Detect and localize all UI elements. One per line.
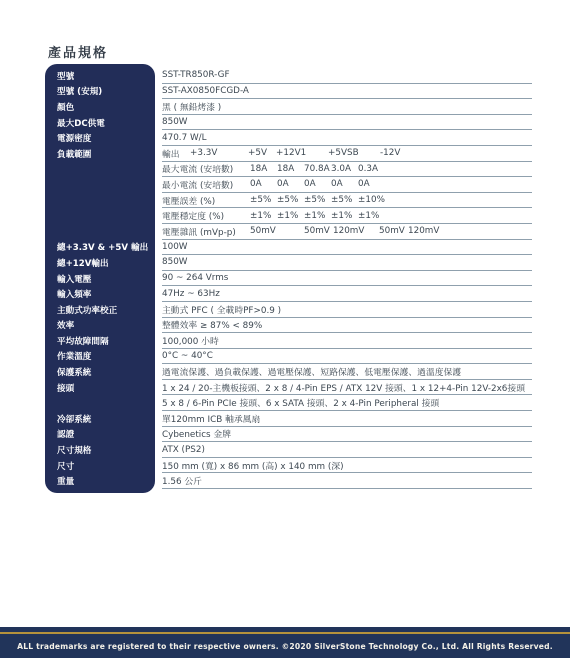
spec-value: 單120mm ICB 軸承風扇 xyxy=(162,411,532,427)
spec-value: SST-TR850R-GF xyxy=(162,68,532,84)
spec-value: 470.7 W/L xyxy=(162,130,532,146)
spec-row: 5 x 8 / 6-Pin PCIe 接頭、6 x SATA 接頭、2 x 4-… xyxy=(0,395,570,411)
load-range-cell: 18A xyxy=(277,164,304,174)
load-range-cell: ±5% xyxy=(304,195,331,205)
spec-row: 平均故障間隔100,000 小時 xyxy=(0,333,570,349)
spec-row: 總+3.3V & +5V 輸出100W xyxy=(0,240,570,256)
spec-table: 型號SST-TR850R-GF型號 (安規)SST-AX0850FCGD-A顏色… xyxy=(0,68,570,489)
spec-row: 負載範圍輸出+3.3V+5V+12V1+5VSB-12V xyxy=(0,146,570,162)
spec-value: 最小電流 (安培數)0A0A0A0A0A xyxy=(162,177,532,193)
load-range-cell: 50mV xyxy=(379,226,408,236)
spec-row: 尺寸150 mm (寬) x 86 mm (高) x 140 mm (深) xyxy=(0,458,570,474)
load-range-cell: +5VSB xyxy=(328,148,380,158)
spec-label: 輸入電壓 xyxy=(0,273,155,285)
spec-row: 重量1.56 公斤 xyxy=(0,473,570,489)
load-range-cell: ±1% xyxy=(304,211,331,221)
spec-value: 主動式 PFC ( 全載時PF>0.9 ) xyxy=(162,302,532,318)
load-range-cell: 70.8A xyxy=(304,164,331,174)
spec-label: 接頭 xyxy=(0,382,155,394)
load-range-cell: +12V1 xyxy=(276,148,328,158)
load-range-cell: ±5% xyxy=(277,195,304,205)
spec-value: ATX (PS2) xyxy=(162,442,532,458)
spec-row: 作業溫度0°C ~ 40°C xyxy=(0,349,570,365)
load-range-cell: ±1% xyxy=(250,211,277,221)
load-range-cell: 3.0A xyxy=(331,164,358,174)
spec-label: 總+12V輸出 xyxy=(0,257,155,269)
spec-value: 150 mm (寬) x 86 mm (高) x 140 mm (深) xyxy=(162,458,532,474)
spec-label: 最大DC供電 xyxy=(0,117,155,129)
load-range-cell: +5V xyxy=(248,148,276,158)
spec-label: 保護系統 xyxy=(0,366,155,378)
load-range-cell: ±1% xyxy=(358,211,379,221)
spec-value: 47Hz ~ 63Hz xyxy=(162,286,532,302)
load-range-cell: ±1% xyxy=(331,211,358,221)
spec-label: 型號 (安規) xyxy=(0,85,155,97)
load-range-cell: ±5% xyxy=(331,195,358,205)
spec-row: 總+12V輸出850W xyxy=(0,255,570,271)
spec-row: 最小電流 (安培數)0A0A0A0A0A xyxy=(0,177,570,193)
spec-row: 輸入頻率47Hz ~ 63Hz xyxy=(0,286,570,302)
spec-label: 主動式功率校正 xyxy=(0,304,155,316)
footer-copyright-text: ALL trademarks are registered to their r… xyxy=(17,642,553,651)
load-range-cell: 0A xyxy=(250,179,277,189)
spec-value: 100,000 小時 xyxy=(162,333,532,349)
spec-value: 最大電流 (安培數)18A18A70.8A3.0A0.3A xyxy=(162,162,532,178)
spec-value: 850W xyxy=(162,115,532,131)
spec-row: 接頭1 x 24 / 20-主機板接頭、2 x 8 / 4-Pin EPS / … xyxy=(0,380,570,396)
load-range-cell: 最大電流 (安培數) xyxy=(162,162,250,175)
spec-label: 型號 xyxy=(0,70,155,82)
load-range-cell: ±1% xyxy=(277,211,304,221)
spec-label: 輸入頻率 xyxy=(0,288,155,300)
load-range-cell: +3.3V xyxy=(190,148,248,158)
spec-label: 冷卻系統 xyxy=(0,413,155,425)
spec-label: 平均故障間隔 xyxy=(0,335,155,347)
spec-row: 型號SST-TR850R-GF xyxy=(0,68,570,84)
spec-label: 效率 xyxy=(0,319,155,331)
spec-row: 電壓誤差 (%)±5%±5%±5%±5%±10% xyxy=(0,193,570,209)
load-range-cell: 電壓誤差 (%) xyxy=(162,194,250,207)
load-range-cell: -12V xyxy=(380,148,400,158)
spec-label: 認證 xyxy=(0,428,155,440)
spec-value: 100W xyxy=(162,240,532,256)
spec-value: 90 ~ 264 Vrms xyxy=(162,271,532,287)
spec-label: 尺寸規格 xyxy=(0,444,155,456)
load-range-cell: 120mV xyxy=(408,226,439,236)
spec-row: 顏色黑 ( 無鉛烤漆 ) xyxy=(0,99,570,115)
spec-value: 電壓誤差 (%)±5%±5%±5%±5%±10% xyxy=(162,193,532,209)
spec-value: SST-AX0850FCGD-A xyxy=(162,84,532,100)
spec-page: 產品規格 型號SST-TR850R-GF型號 (安規)SST-AX0850FCG… xyxy=(0,0,570,658)
spec-value: 5 x 8 / 6-Pin PCIe 接頭、6 x SATA 接頭、2 x 4-… xyxy=(162,395,532,411)
load-range-cell: 120mV xyxy=(333,226,379,236)
spec-value: 輸出+3.3V+5V+12V1+5VSB-12V xyxy=(162,146,532,162)
spec-value: 過電流保護、過負載保護、過電壓保護、短路保護、低電壓保護、過溫度保護 xyxy=(162,364,532,380)
spec-row: 冷卻系統單120mm ICB 軸承風扇 xyxy=(0,411,570,427)
spec-row: 型號 (安規)SST-AX0850FCGD-A xyxy=(0,84,570,100)
load-range-cell: 輸出 xyxy=(162,147,190,160)
spec-label: 尺寸 xyxy=(0,460,155,472)
spec-row: 最大電流 (安培數)18A18A70.8A3.0A0.3A xyxy=(0,162,570,178)
spec-label: 作業溫度 xyxy=(0,350,155,362)
load-range-cell: 電壓雜訊 (mVp-p) xyxy=(162,225,250,238)
spec-value: Cybenetics 金牌 xyxy=(162,427,532,443)
spec-label: 總+3.3V & +5V 輸出 xyxy=(0,241,155,253)
spec-value: 1 x 24 / 20-主機板接頭、2 x 8 / 4-Pin EPS / AT… xyxy=(162,380,532,396)
spec-row: 保護系統過電流保護、過負載保護、過電壓保護、短路保護、低電壓保護、過溫度保護 xyxy=(0,364,570,380)
spec-value: 黑 ( 無鉛烤漆 ) xyxy=(162,99,532,115)
spec-label: 電源密度 xyxy=(0,132,155,144)
load-range-cell: 50mV xyxy=(250,226,304,236)
spec-value: 整體效率 ≥ 87% < 89% xyxy=(162,318,532,334)
spec-section: 型號SST-TR850R-GF型號 (安規)SST-AX0850FCGD-A顏色… xyxy=(0,68,570,489)
load-range-cell: 0A xyxy=(331,179,358,189)
load-range-cell: 0A xyxy=(304,179,331,189)
spec-value: 電壓穩定度 (%)±1%±1%±1%±1%±1% xyxy=(162,208,532,224)
load-range-cell: 18A xyxy=(250,164,277,174)
load-range-cell: 0.3A xyxy=(358,164,378,174)
spec-value: 850W xyxy=(162,255,532,271)
footer-bar: ALL trademarks are registered to their r… xyxy=(0,634,570,658)
spec-value: 電壓雜訊 (mVp-p)50mV50mV120mV50mV120mV xyxy=(162,224,532,240)
spec-row: 輸入電壓90 ~ 264 Vrms xyxy=(0,271,570,287)
load-range-cell: 0A xyxy=(358,179,370,189)
spec-row: 電源密度470.7 W/L xyxy=(0,130,570,146)
footer: ALL trademarks are registered to their r… xyxy=(0,627,570,658)
spec-row: 電壓穩定度 (%)±1%±1%±1%±1%±1% xyxy=(0,208,570,224)
load-range-cell: ±10% xyxy=(358,195,385,205)
spec-label: 重量 xyxy=(0,475,155,487)
spec-value: 0°C ~ 40°C xyxy=(162,349,532,365)
spec-row: 認證Cybenetics 金牌 xyxy=(0,427,570,443)
spec-row: 電壓雜訊 (mVp-p)50mV50mV120mV50mV120mV xyxy=(0,224,570,240)
load-range-cell: 0A xyxy=(277,179,304,189)
spec-value: 1.56 公斤 xyxy=(162,473,532,489)
spec-row: 效率整體效率 ≥ 87% < 89% xyxy=(0,318,570,334)
spec-row: 最大DC供電850W xyxy=(0,115,570,131)
page-title: 產品規格 xyxy=(48,42,108,61)
spec-row: 主動式功率校正主動式 PFC ( 全載時PF>0.9 ) xyxy=(0,302,570,318)
load-range-cell: 電壓穩定度 (%) xyxy=(162,209,250,222)
load-range-cell: ±5% xyxy=(250,195,277,205)
load-range-cell: 最小電流 (安培數) xyxy=(162,178,250,191)
load-range-cell: 50mV xyxy=(304,226,333,236)
spec-row: 尺寸規格ATX (PS2) xyxy=(0,442,570,458)
spec-label: 顏色 xyxy=(0,101,155,113)
spec-label: 負載範圍 xyxy=(0,148,155,160)
